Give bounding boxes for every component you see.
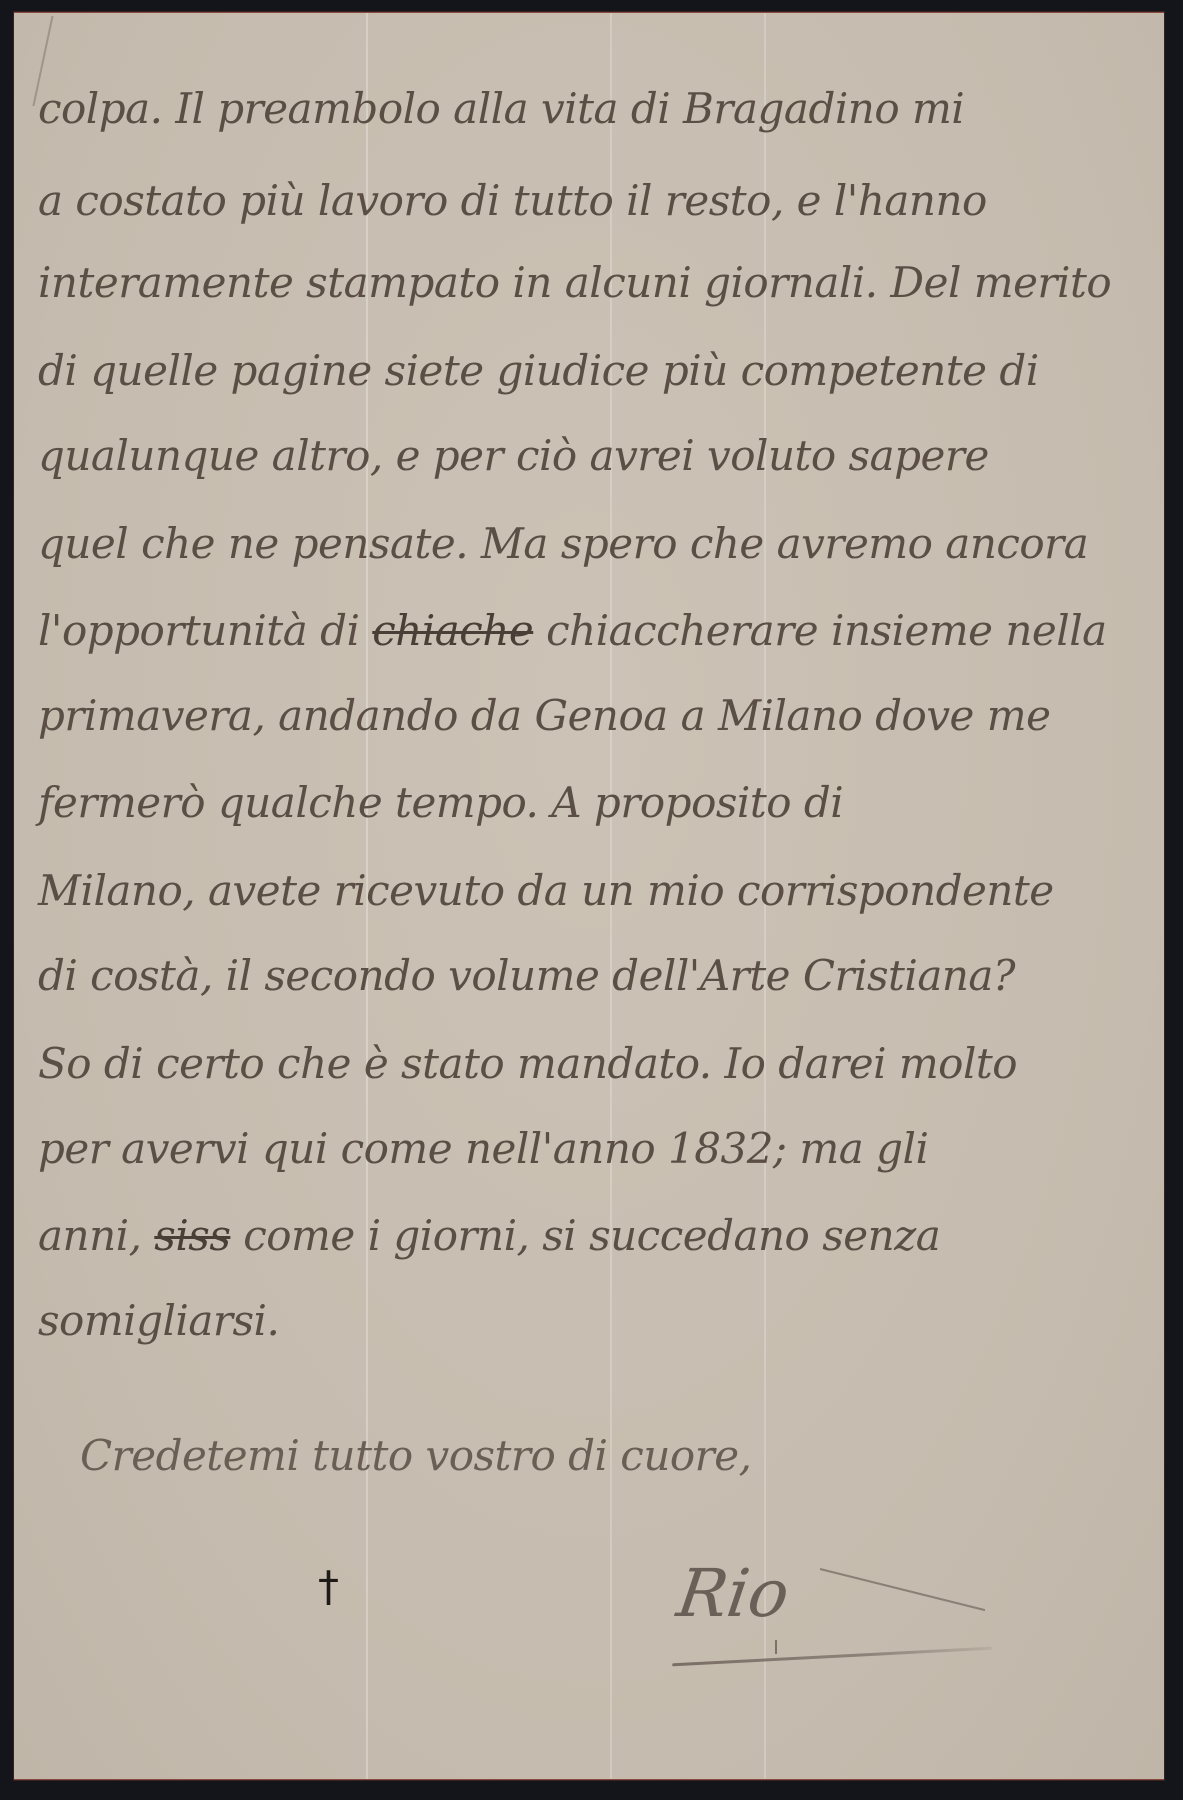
struck-word: chiache <box>372 606 533 655</box>
letter-line-11: di costà, il secondo volume dell'Arte Cr… <box>38 955 1015 997</box>
line-14-start: anni, <box>38 1211 141 1260</box>
letter-line-4: di quelle pagine siete giudice più compe… <box>38 350 1039 392</box>
letter-line-7: l'opportunità di chiache chiaccherare in… <box>38 610 1107 652</box>
letter-line-9: fermerò qualche tempo. A proposito di <box>38 782 843 824</box>
letter-line-6: quel che ne pensate. Ma spero che avremo… <box>38 523 1088 565</box>
signature: Rio <box>673 1555 794 1632</box>
line-14-rest: come i giorni, si succedano senza <box>243 1211 940 1260</box>
line-7-start: l'opportunità di <box>38 606 359 655</box>
letter-line-12: So di certo che è stato mandato. Io dare… <box>38 1043 1017 1085</box>
letter-line-10: Milano, avete ricevuto da un mio corrisp… <box>38 870 1054 912</box>
letter-line-2: a costato più lavoro di tutto il resto, … <box>38 180 987 222</box>
letter-line-13: per avervi qui come nell'anno 1832; ma g… <box>38 1128 928 1170</box>
letter-line-14: anni, siss come i giorni, si succedano s… <box>38 1215 940 1257</box>
struck-word: siss <box>154 1211 230 1260</box>
signature-tick <box>775 1640 777 1654</box>
letter-line-8: primavera, andando da Genoa a Milano dov… <box>38 695 1050 737</box>
closing-salutation: Credetemi tutto vostro di cuore, <box>80 1435 751 1477</box>
letter-line-3: interamente stampato in alcuni giornali.… <box>38 262 1111 304</box>
letter-line-1: colpa. Il preambolo alla vita di Bragadi… <box>38 88 964 130</box>
letter-line-15: somigliarsi. <box>38 1300 279 1342</box>
cross-mark: † <box>318 1566 339 1608</box>
letter-line-5: qualunque altro, e per ciò avrei voluto … <box>38 435 989 477</box>
line-7-rest: chiaccherare insieme nella <box>546 606 1107 655</box>
